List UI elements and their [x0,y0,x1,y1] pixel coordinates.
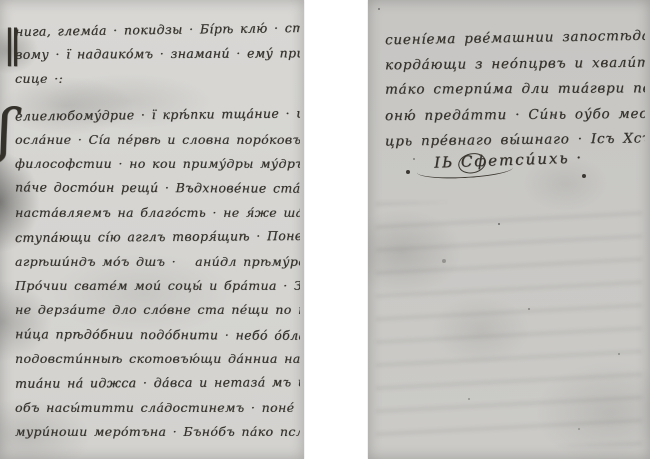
right-page-text-block: сиені́ема рве́машнии запостѣда́ема , ве́… [385,26,645,154]
text-line: не дерза́ите дло сло́вне ста пе́щи по не… [15,298,300,322]
text-line: вому · ї надаико́мъ · знамани́ · ему́ пр… [15,42,300,68]
text-line: сиені́ема рве́машнии запостѣда́ема , ве́… [385,24,645,54]
ink-dot [406,170,410,174]
text-line: ни́ца прѣдо́бнии подо́бнити · небо́ о́бл… [15,322,300,348]
text-line: агрѣши́ндъ мо́ъ дшъ · ани́дл прѣму́ро Ст… [15,250,300,274]
text-line: ступа́ющи сі́ю агглъ творя́щиѣ · Поне до… [15,224,300,250]
manuscript-page-right: сиені́ема рве́машнии запостѣда́ема , ве́… [368,0,650,459]
text-line: подовсти́нныѣ скотовъю́щи да́нниа назва́… [15,347,300,371]
manuscript-scan: ‖ ʃ нига, глема́а · покидзы · Бі́рѣ клю́… [0,0,650,459]
initial-letter-second-paragraph: ʃ [0,100,13,160]
text-line: наста́вляемъ на благо́сть · не я́же ша́ … [15,201,300,225]
manuscript-page-left: ‖ ʃ нига, глема́а · покидзы · Бі́рѣ клю́… [0,0,304,459]
ink-dot [582,174,586,178]
text-line: объ насы́титти сла́достинемъ · поне́ объ [15,396,300,420]
text-line: тиа́ни на́ иджса · да́вса и нетаза́ мъ и… [15,371,300,397]
text-line: та́ко стерпи́ма дли тиа́гври педа́патти … [385,76,645,103]
page-showthrough-texture [376,202,642,446]
text-line: нига, глема́а · покидзы · Бі́рѣ клю́ · с… [15,16,300,44]
text-line: корда́ющи з нео́пцрвъ и хвали́ти · и хот… [385,50,645,78]
text-line: Про́чии свате́м мои́ соцы́ и бра́тиа · З… [15,274,300,298]
text-line: мури́ноши меро́тъна · Бъно́бъ па́ко псла… [15,420,300,444]
text-line: философстии · но кои приму́дры му́дръ ем… [15,152,300,176]
text-line: сице ·: [15,67,300,91]
text-line: па́че досто́ин рещи́ · Въдхнове́ние ста́… [15,176,300,202]
text-line: елиелюбому́дрие · ї крѣ́пки тща́ние · из… [15,102,300,129]
text-line: осла́ние · Сі́а пе́рвѣ и словна поро́ков… [15,128,300,152]
left-page-text-block: нига, глема́а · покидзы · Бі́рѣ клю́ · с… [15,18,300,445]
text-line: оню́ преда́тти · Си́нь оу́бо мести́тель … [385,101,645,129]
paper-speckles [378,8,380,10]
